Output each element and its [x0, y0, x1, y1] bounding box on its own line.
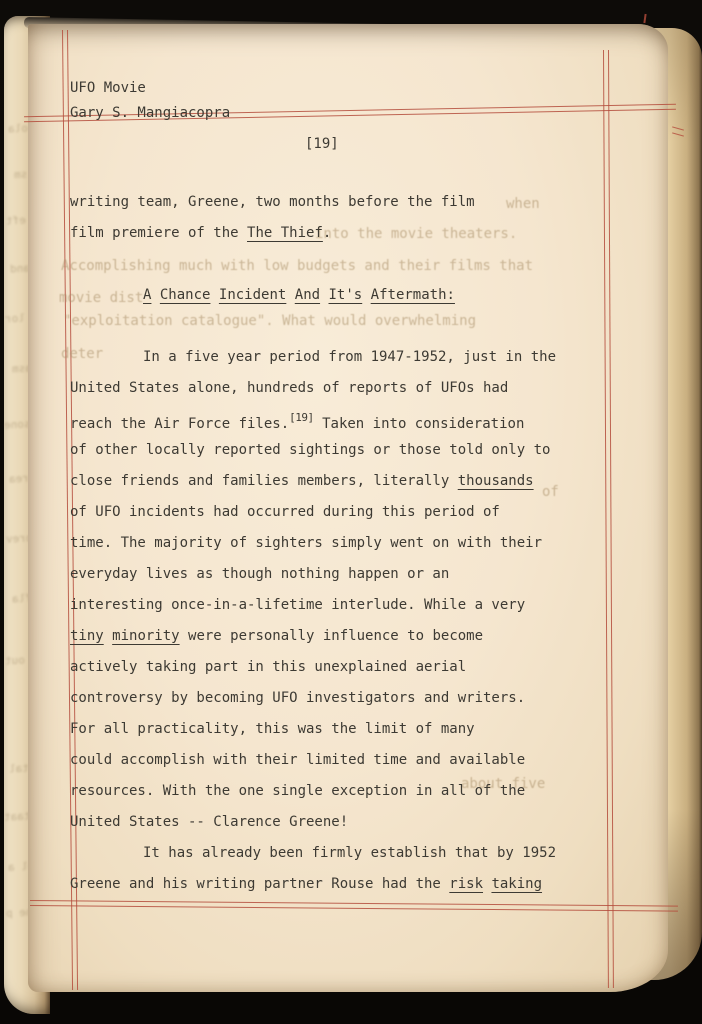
running-head-title: UFO Movie [70, 80, 146, 96]
running-head-author: Gary S. Mangiacopra [70, 105, 230, 121]
typed-line: A Chance Incident And It's Aftermath: [70, 287, 645, 318]
typed-line: of UFO incidents had occurred during thi… [70, 504, 645, 535]
typed-line: writing team, Greene, two months before … [70, 194, 645, 225]
edge-ghost-mark: lor [5, 311, 26, 325]
typed-line: It has already been firmly establish tha… [70, 845, 645, 876]
typed-line: of other locally reported sightings or t… [70, 442, 645, 473]
page-number: [19] [305, 136, 339, 152]
edge-ghost-mark: out [5, 653, 26, 667]
typed-line: interesting once-in-a-lifetime interlude… [70, 597, 645, 628]
typed-line: resources. With the one single exception… [70, 783, 645, 814]
typed-line: reach the Air Force files.[19] Taken int… [70, 411, 645, 442]
typed-body: writing team, Greene, two months before … [70, 194, 645, 907]
document-page: wheninto the movie theaters.Accomplishin… [28, 24, 668, 992]
typed-line: United States -- Clarence Greene! [70, 814, 645, 845]
typed-line [70, 318, 645, 349]
typed-line: actively taking part in this unexplained… [70, 659, 645, 690]
typed-line [70, 256, 645, 287]
typed-line: Greene and his writing partner Rouse had… [70, 876, 645, 907]
typed-line: United States alone, hundreds of reports… [70, 380, 645, 411]
typed-line: tiny minority were personally influence … [70, 628, 645, 659]
typed-line: close friends and families members, lite… [70, 473, 645, 504]
typed-line: could accomplish with their limited time… [70, 752, 645, 783]
typed-line: time. The majority of sighters simply we… [70, 535, 645, 566]
edge-ghost-mark: ola [8, 121, 29, 135]
typed-line: everyday lives as though nothing happen … [70, 566, 645, 597]
typed-line: film premiere of the The Thief. [70, 225, 645, 256]
edge-ghost-mark: sm [14, 168, 28, 182]
page-edge-rule-tick [643, 14, 646, 23]
typed-line: For all practicality, this was the limit… [70, 721, 645, 752]
book-photo: olasmeftandlorasmsoneareaprevflaouttalta… [0, 0, 702, 1024]
edge-ghost-mark: taat [4, 809, 31, 823]
edge-ghost-mark: eft [6, 213, 27, 227]
edge-ghost-mark: sone [4, 417, 31, 431]
typed-line: In a five year period from 1947-1952, ju… [70, 349, 645, 380]
edge-ghost-mark: tal [9, 761, 30, 775]
typed-line: controversy by becoming UFO investigator… [70, 690, 645, 721]
